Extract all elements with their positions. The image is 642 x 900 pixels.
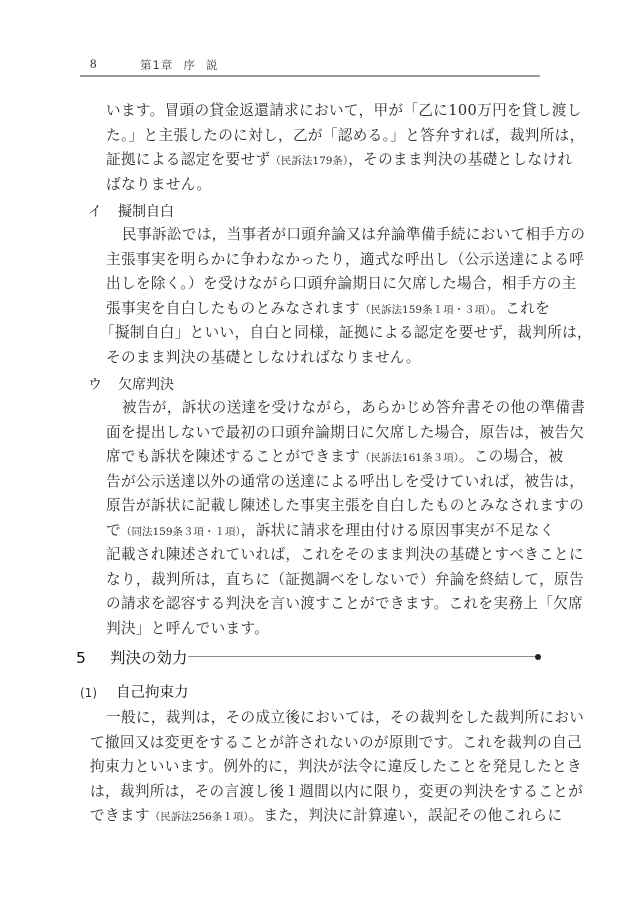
citation: （同法159条３項・１項） bbox=[121, 526, 241, 538]
text: ばなりません。 bbox=[106, 176, 211, 193]
text: の請求を認容する判決を言い渡すことができます。これを実務上「欠席 bbox=[106, 595, 583, 612]
paragraph-line: 張事実を自白したものとみなされます（民訴法159条１項・３項）。これを bbox=[106, 299, 550, 320]
section-heading: 5判決の効力 bbox=[76, 646, 188, 668]
text: て撤回又は変更をすることが許されないのが原則です。これを裁判の自己 bbox=[90, 734, 582, 751]
paragraph-line: の請求を認容する判決を言い渡すことができます。これを実務上「欠席 bbox=[106, 594, 583, 614]
paragraph-line: 主張事実を明らかに争わなかったり，適式な呼出し（公示送達による呼 bbox=[106, 250, 584, 270]
section-rule bbox=[188, 656, 536, 657]
paragraph-line: できます（民訴法256条１項）。また，判決に計算違い，誤記その他これらに bbox=[90, 806, 562, 827]
running-header: 8 第1章序説 bbox=[80, 56, 540, 76]
paragraph-line: なり，裁判所は，直ちに（証拠調べをしないで）弁論を終結して，原告 bbox=[106, 570, 584, 590]
chapter-title-char-1: 序 bbox=[183, 58, 196, 72]
paragraph-line: 告が公示送達以外の通常の送達による呼出しを受けていれば，被告は， bbox=[106, 472, 584, 492]
text: 。また，判決に計算違い，誤記その他これらに bbox=[249, 807, 563, 824]
text: 出しを除く。）を受けながら口頭弁論期日に欠席した場合，相手方の主 bbox=[106, 275, 577, 292]
chapter-title-char-2: 説 bbox=[206, 58, 219, 72]
text: 。これを bbox=[490, 300, 550, 317]
paragraph-line: 判決」と呼んでいます。 bbox=[106, 619, 269, 639]
subsection-number: (1) bbox=[80, 686, 116, 700]
text: できます bbox=[90, 807, 150, 824]
text: 証拠による認定を要せず bbox=[106, 151, 270, 168]
text: 告が公示送達以外の通常の送達による呼出しを受けていれば，被告は， bbox=[106, 473, 584, 490]
paragraph-line: 出しを除く。）を受けながら口頭弁論期日に欠席した場合，相手方の主 bbox=[106, 274, 577, 294]
subheading-marker: イ bbox=[88, 201, 118, 221]
chapter-label: 第1章 bbox=[140, 58, 173, 72]
paragraph-line: 民事訴訟では，当事者が口頭弁論又は弁論準備手続において相手方の bbox=[122, 225, 585, 245]
paragraph-line: 証拠による認定を要せず（民訴法179条），そのまま判決の基礎としなけれ bbox=[106, 150, 572, 171]
text: ，訴状に請求を理由付ける原因事実が不足なく bbox=[241, 522, 555, 539]
subheading-constructive-admission: イ擬制自白 bbox=[88, 201, 174, 221]
citation: （民訴法161条３項） bbox=[360, 452, 459, 464]
citation: （民訴法179条） bbox=[270, 155, 348, 167]
text: います。冒頭の貸金返還請求において，甲が「乙に100万円を貸し渡し bbox=[106, 102, 582, 119]
paragraph-line: 一般に，裁判は，その成立後においては，その裁判をした裁判所におい bbox=[106, 708, 584, 728]
text: 記載され陳述されていれば，これをそのまま判決の基礎とすべきことに bbox=[106, 546, 584, 563]
text: 一般に，裁判は，その成立後においては，その裁判をした裁判所におい bbox=[106, 709, 584, 726]
paragraph-line: は，裁判所は，その言渡し後１週間以内に限り，変更の判決をすることが bbox=[90, 782, 583, 802]
paragraph-line: て撤回又は変更をすることが許されないのが原則です。これを裁判の自己 bbox=[90, 733, 582, 753]
paragraph-line: います。冒頭の貸金返還請求において，甲が「乙に100万円を貸し渡し bbox=[106, 101, 582, 121]
paragraph-line: 「擬制自白」といい，自白と同様，証拠による認定を要せず，裁判所は， bbox=[100, 323, 592, 343]
subheading-default-judgment: ウ欠席判決 bbox=[88, 374, 174, 394]
text: 民事訴訟では，当事者が口頭弁論又は弁論準備手続において相手方の bbox=[122, 226, 585, 243]
citation: （民訴法159条１項・３項） bbox=[360, 304, 490, 316]
section-title: 判決の効力 bbox=[110, 649, 188, 667]
text: 判決」と呼んでいます。 bbox=[106, 620, 269, 637]
text: 「擬制自白」といい，自白と同様，証拠による認定を要せず，裁判所は， bbox=[100, 324, 592, 341]
subsection-heading: (1)自己拘束力 bbox=[80, 681, 189, 702]
text: で bbox=[106, 522, 121, 539]
text: 拘束力といいます。例外的に，判決が法令に違反したことを発見したとき bbox=[90, 758, 582, 775]
paragraph-line: そのまま判決の基礎としなければなりません。 bbox=[106, 348, 421, 368]
header-divider bbox=[80, 75, 540, 77]
paragraph-line: 原告が訴状に記載し陳述した事実主張を自白したものとみなされますの bbox=[106, 496, 584, 516]
text: 原告が訴状に記載し陳述した事実主張を自白したものとみなされますの bbox=[106, 497, 584, 514]
chapter-title: 第1章序説 bbox=[140, 57, 228, 73]
text: ，そのまま判決の基礎としなけれ bbox=[348, 151, 572, 168]
text: 主張事実を明らかに争わなかったり，適式な呼出し（公示送達による呼 bbox=[106, 251, 584, 268]
subsection-title: 自己拘束力 bbox=[116, 685, 189, 701]
paragraph-line: 面を提出しないで最初の口頭弁論期日に欠席した場合，原告は，被告欠 bbox=[106, 423, 584, 443]
text: は，裁判所は，その言渡し後１週間以内に限り，変更の判決をすることが bbox=[90, 783, 583, 800]
subheading-title: 擬制自白 bbox=[118, 204, 174, 220]
section-rule-dot-icon bbox=[535, 654, 541, 660]
text: なり，裁判所は，直ちに（証拠調べをしないで）弁論を終結して，原告 bbox=[106, 571, 584, 588]
text: た。」と主張したのに対し，乙が「認める。」と答弁すれば，裁判所は， bbox=[106, 127, 585, 144]
paragraph-line: た。」と主張したのに対し，乙が「認める。」と答弁すれば，裁判所は， bbox=[106, 126, 585, 146]
page-number: 8 bbox=[90, 56, 97, 72]
paragraph-line: 拘束力といいます。例外的に，判決が法令に違反したことを発見したとき bbox=[90, 757, 582, 777]
text: 席でも訴状を陳述することができます bbox=[106, 448, 360, 465]
paragraph-line: 席でも訴状を陳述することができます（民訴法161条３項）。この場合，被 bbox=[106, 447, 563, 468]
paragraph-line: 被告が，訴状の送達を受けながら，あらかじめ答弁書その他の準備書 bbox=[122, 398, 585, 418]
subheading-title: 欠席判決 bbox=[118, 377, 174, 393]
paragraph-line: ばなりません。 bbox=[106, 175, 211, 195]
text: 。この場合，被 bbox=[459, 448, 564, 465]
text: 張事実を自白したものとみなされます bbox=[106, 300, 360, 317]
text: 面を提出しないで最初の口頭弁論期日に欠席した場合，原告は，被告欠 bbox=[106, 424, 584, 441]
citation: （民訴法256条１項） bbox=[150, 811, 249, 823]
paragraph-line: 記載され陳述されていれば，これをそのまま判決の基礎とすべきことに bbox=[106, 545, 584, 565]
subheading-marker: ウ bbox=[88, 374, 118, 394]
paragraph-line: で（同法159条３項・１項），訴状に請求を理由付ける原因事実が不足なく bbox=[106, 521, 555, 542]
section-number: 5 bbox=[76, 649, 110, 667]
text: 被告が，訴状の送達を受けながら，あらかじめ答弁書その他の準備書 bbox=[122, 399, 585, 416]
text: そのまま判決の基礎としなければなりません。 bbox=[106, 349, 421, 366]
